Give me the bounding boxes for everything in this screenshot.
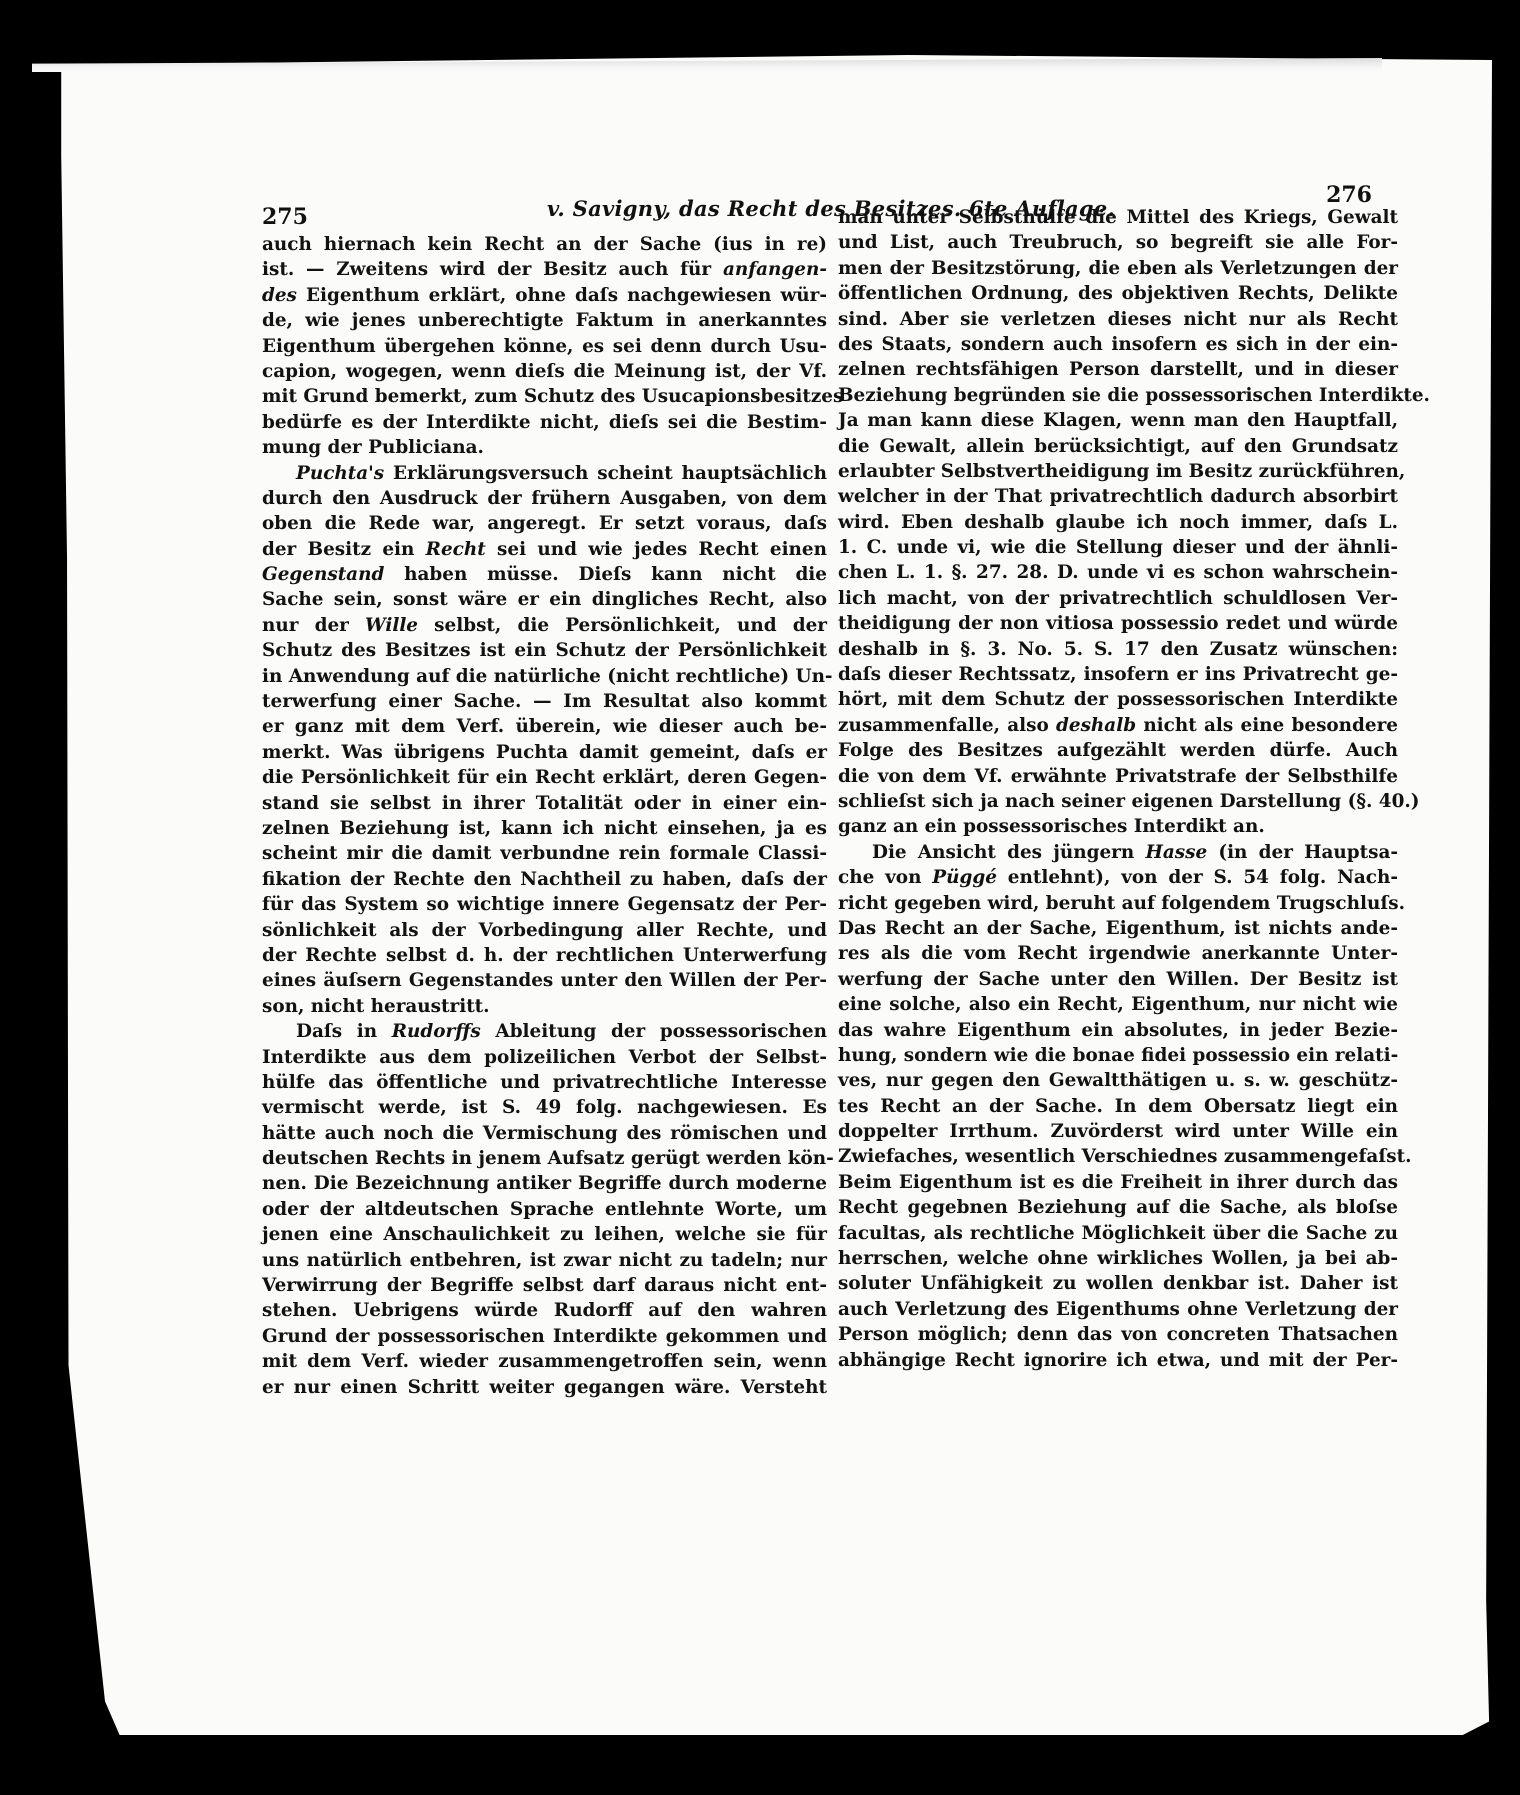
right-column: man unter Selbsthülfe die Mittel des Kri… — [838, 205, 1398, 1373]
text-run: öffentlichen Ordnung, des objektiven Rec… — [838, 283, 1398, 304]
text-run: er nur einen Schritt weiter gegangen wär… — [262, 1377, 827, 1398]
text-run: facultas, als rechtliche Möglichkeit übe… — [838, 1223, 1398, 1244]
text-run: soluter Unfähigkeit zu wollen denkbar is… — [838, 1273, 1398, 1294]
text-run: haben müsse. Dieſs kann nicht die — [384, 564, 827, 585]
text-run: eine solche, also ein Recht, Eigenthum, … — [838, 994, 1398, 1015]
text-line: doppelter Irrthum. Zuvörderst wird unter… — [838, 1119, 1398, 1144]
text-line: Das Recht an der Sache, Eigenthum, ist n… — [838, 916, 1398, 941]
text-run: scheint mir die damit verbundne rein for… — [262, 843, 827, 864]
text-line: 1. C. unde vi, wie die Stellung dieser u… — [838, 535, 1398, 560]
text-run: chen L. 1. §. 27. 28. D. unde vi es scho… — [838, 562, 1398, 583]
text-run: tes Recht an der Sache. In dem Obersatz … — [838, 1096, 1398, 1117]
text-line: stehen. Uebrigens würde Rudorff auf den … — [262, 1298, 827, 1323]
text-run: Eigenthum übergehen könne, es sei denn d… — [262, 336, 827, 357]
text-run: 1. C. unde vi, wie die Stellung dieser u… — [838, 537, 1398, 558]
text-line: vermischt werde, ist S. 49 folg. nachgew… — [262, 1095, 827, 1120]
text-line: zusammenfalle, also deshalb nicht als ei… — [838, 713, 1398, 738]
text-run: Daſs in — [296, 1021, 392, 1042]
text-line: Eigenthum übergehen könne, es sei denn d… — [262, 334, 827, 359]
text-run: de, wie jenes unberechtigte Faktum in an… — [262, 310, 827, 331]
text-line: herrschen, welche ohne wirkliches Wollen… — [838, 1246, 1398, 1271]
page-number-left: 275 — [262, 204, 308, 230]
text-line: des Staats, sondern auch insofern es sic… — [838, 332, 1398, 357]
text-line: in Anwendung auf die natürliche (nicht r… — [262, 664, 827, 689]
text-line: sind. Aber sie verletzen dieses nicht nu… — [838, 307, 1398, 332]
text-line: tes Recht an der Sache. In dem Obersatz … — [838, 1094, 1398, 1119]
text-run: sei und wie jedes Recht einen — [486, 539, 827, 560]
text-line: Ja man kann diese Klagen, wenn man den H… — [838, 408, 1398, 433]
text-run: für das System so wichtige innere Gegens… — [262, 894, 827, 915]
text-run: und List, auch Treubruch, so begreift si… — [838, 232, 1398, 253]
text-line: durch den Ausdruck der frühern Ausgaben,… — [262, 486, 827, 511]
text-run: bedürfe es der Interdikte nicht, dieſs s… — [262, 412, 827, 433]
text-line: Recht gegebnen Beziehung auf die Sache, … — [838, 1195, 1398, 1220]
text-run: die Persönlichkeit für ein Recht erklärt… — [262, 767, 827, 788]
text-run: Beim Eigenthum ist es die Freiheit in ih… — [838, 1172, 1398, 1193]
text-line: eines äuſsern Gegenstandes unter den Wil… — [262, 968, 827, 993]
text-line: capion, wogegen, wenn dieſs die Meinung … — [262, 359, 827, 384]
text-line: die Gewalt, allein berücksichtigt, auf d… — [838, 434, 1398, 459]
emphasis-text: Wille — [365, 615, 418, 636]
text-line: auch Verletzung des Eigenthums ohne Verl… — [838, 1297, 1398, 1322]
text-run: entlehnt), von der S. 54 folg. Nach- — [997, 867, 1398, 888]
text-run: deutschen Rechts in jenem Aufsatz gerügt… — [262, 1148, 834, 1169]
text-line: und List, auch Treubruch, so begreift si… — [838, 230, 1398, 255]
text-line: merkt. Was übrigens Puchta damit gemeint… — [262, 740, 827, 765]
text-run: hülfe das öffentliche und privatrechtlic… — [262, 1072, 827, 1093]
emphasis-text: Recht — [426, 539, 486, 560]
text-run: doppelter Irrthum. Zuvörderst wird unter… — [838, 1121, 1398, 1142]
text-run: ist. — Zweitens wird der Besitz auch für — [262, 259, 723, 280]
text-run: men der Besitzstörung, die eben als Verl… — [838, 258, 1398, 279]
text-line: Person möglich; denn das von concreten T… — [838, 1322, 1398, 1347]
text-line: oder der altdeutschen Sprache entlehnte … — [262, 1197, 827, 1222]
text-line: facultas, als rechtliche Möglichkeit übe… — [838, 1221, 1398, 1246]
text-line: er ganz mit dem Verf. überein, wie diese… — [262, 714, 827, 739]
text-line: das wahre Eigenthum ein absolutes, in je… — [838, 1018, 1398, 1043]
text-line: Grund der possessorischen Interdikte gek… — [262, 1324, 827, 1349]
text-line: Gegenstand haben müsse. Dieſs kann nicht… — [262, 562, 827, 587]
emphasis-text: des — [262, 285, 297, 306]
text-line: che von Püggé entlehnt), von der S. 54 f… — [838, 865, 1398, 890]
text-line: nen. Die Bezeichnung antiker Begriffe du… — [262, 1171, 827, 1196]
text-run: che von — [838, 867, 932, 888]
text-line: ves, nur gegen den Gewaltthätigen u. s. … — [838, 1068, 1398, 1093]
text-run: selbst, die Persönlichkeit, und der — [418, 615, 827, 636]
text-line: richt gegeben wird, beruht auf folgendem… — [838, 891, 1398, 916]
text-run: Die Ansicht des jüngern — [872, 842, 1145, 863]
text-line: die Persönlichkeit für ein Recht erklärt… — [262, 765, 827, 790]
text-run: Erklärungsversuch scheint hauptsächlich — [384, 463, 827, 484]
text-line: auch hiernach kein Recht an der Sache (i… — [262, 232, 827, 257]
text-run: Ja man kann diese Klagen, wenn man den H… — [838, 410, 1398, 431]
text-run: (in der Hauptsa- — [1207, 842, 1398, 863]
text-line: Beziehung begründen sie die possessorisc… — [838, 383, 1398, 408]
text-line: chen L. 1. §. 27. 28. D. unde vi es scho… — [838, 560, 1398, 585]
text-line: die von dem Vf. erwähnte Privatstrafe de… — [838, 764, 1398, 789]
text-run: werfung der Sache unter den Willen. Der … — [838, 969, 1398, 990]
text-line: nur der Wille selbst, die Persönlichkeit… — [262, 613, 827, 638]
text-line: uns natürlich entbehren, ist zwar nicht … — [262, 1248, 827, 1273]
text-line: Zwiefaches, wesentlich Verschiednes zusa… — [838, 1144, 1398, 1169]
text-line: der Rechte selbst d. h. der rechtlichen … — [262, 943, 827, 968]
text-run: das wahre Eigenthum ein absolutes, in je… — [838, 1020, 1398, 1041]
text-run: Grund der possessorischen Interdikte gek… — [262, 1326, 827, 1347]
text-run: terwerfung einer Sache. — Im Resultat al… — [262, 691, 827, 712]
text-line: de, wie jenes unberechtigte Faktum in an… — [262, 308, 827, 333]
text-run: daſs dieser Rechtssatz, insofern er ins … — [838, 664, 1398, 685]
text-run: man unter Selbsthülfe die Mittel des Kri… — [838, 207, 1398, 228]
emphasis-text: Rudorffs — [392, 1021, 481, 1042]
text-line: Die Ansicht des jüngern Hasse (in der Ha… — [838, 840, 1398, 865]
text-run: hört, mit dem Schutz der possessorischen… — [838, 689, 1398, 710]
text-line: man unter Selbsthülfe die Mittel des Kri… — [838, 205, 1398, 230]
text-line: soluter Unfähigkeit zu wollen denkbar is… — [838, 1271, 1398, 1296]
text-line: eine solche, also ein Recht, Eigenthum, … — [838, 992, 1398, 1017]
text-run: jenen eine Anschaulichkeit zu leihen, we… — [262, 1224, 827, 1245]
text-line: deutschen Rechts in jenem Aufsatz gerügt… — [262, 1146, 827, 1171]
text-line: er nur einen Schritt weiter gegangen wär… — [262, 1375, 827, 1400]
text-run: oben die Rede war, angeregt. Er setzt vo… — [262, 513, 827, 534]
text-line: Sache sein, sonst wäre er ein dingliches… — [262, 587, 827, 612]
text-run: die von dem Vf. erwähnte Privatstrafe de… — [838, 766, 1398, 787]
text-run: nur der — [262, 615, 365, 636]
text-run: zelnen Beziehung ist, kann ich nicht ein… — [262, 818, 827, 839]
text-run: eines äuſsern Gegenstandes unter den Wil… — [262, 970, 827, 991]
text-run: ganz an ein possessorisches Interdikt an… — [838, 816, 1265, 837]
text-line: bedürfe es der Interdikte nicht, dieſs s… — [262, 410, 827, 435]
text-line: zelnen rechtsfähigen Person darstellt, u… — [838, 357, 1398, 382]
text-line: Folge des Besitzes aufgezählt werden dür… — [838, 738, 1398, 763]
emphasis-text: Gegenstand — [262, 564, 384, 585]
text-line: abhängige Recht ignorire ich etwa, und m… — [838, 1348, 1398, 1373]
text-run: oder der altdeutschen Sprache entlehnte … — [262, 1199, 827, 1220]
text-run: herrschen, welche ohne wirkliches Wollen… — [838, 1248, 1398, 1269]
text-run: fikation der Rechte den Nachtheil zu hab… — [262, 869, 827, 890]
text-run: Ableitung der possessorischen — [481, 1021, 827, 1042]
text-run: schlieſst sich ja nach seiner eigenen Da… — [838, 791, 1420, 812]
text-line: Daſs in Rudorffs Ableitung der possessor… — [262, 1019, 827, 1044]
text-line: schlieſst sich ja nach seiner eigenen Da… — [838, 789, 1398, 814]
text-run: uns natürlich entbehren, ist zwar nicht … — [262, 1250, 827, 1271]
text-line: welcher in der That privatrechtlich dadu… — [838, 484, 1398, 509]
text-run: nicht als eine besondere — [1136, 715, 1398, 736]
text-run: der Rechte selbst d. h. der rechtlichen … — [262, 945, 827, 966]
text-run: nen. Die Bezeichnung antiker Begriffe du… — [262, 1173, 827, 1194]
text-run: zusammenfalle, also — [838, 715, 1056, 736]
text-run: Beziehung begründen sie die possessorisc… — [838, 385, 1430, 406]
text-run: Schutz des Besitzes ist ein Schutz der P… — [262, 640, 827, 661]
text-line: deshalb in §. 3. No. 5. S. 17 den Zusatz… — [838, 637, 1398, 662]
text-run: auch Verletzung des Eigenthums ohne Verl… — [838, 1299, 1398, 1320]
text-run: Folge des Besitzes aufgezählt werden dür… — [838, 740, 1398, 761]
text-run: Person möglich; denn das von concreten T… — [838, 1324, 1398, 1345]
text-run: mit Grund bemerkt, zum Schutz des Usucap… — [262, 386, 843, 407]
text-line: sönlichkeit als der Vorbedingung aller R… — [262, 918, 827, 943]
text-run: des Staats, sondern auch insofern es sic… — [838, 334, 1398, 355]
text-line: daſs dieser Rechtssatz, insofern er ins … — [838, 662, 1398, 687]
text-run: Recht gegebnen Beziehung auf die Sache, … — [838, 1197, 1398, 1218]
text-line: öffentlichen Ordnung, des objektiven Rec… — [838, 281, 1398, 306]
emphasis-text: Puchta's — [296, 463, 384, 484]
text-line: oben die Rede war, angeregt. Er setzt vo… — [262, 511, 827, 536]
text-run: mung der Publiciana. — [262, 437, 484, 458]
text-line: mung der Publiciana. — [262, 435, 827, 460]
text-line: mit Grund bemerkt, zum Schutz des Usucap… — [262, 384, 827, 409]
text-line: son, nicht heraustritt. — [262, 994, 827, 1019]
text-run: Eigenthum erklärt, ohne daſs nachgewiese… — [297, 285, 827, 306]
text-run: Zwiefaches, wesentlich Verschiednes zusa… — [838, 1146, 1412, 1167]
text-run: die Gewalt, allein berücksichtigt, auf d… — [838, 436, 1398, 457]
text-run: stand sie selbst in ihrer Totalität oder… — [262, 793, 827, 814]
text-line: erlaubter Selbstvertheidigung im Besitz … — [838, 459, 1398, 484]
text-run: res als die vom Recht irgendwie anerkann… — [838, 943, 1398, 964]
text-run: Interdikte aus dem polizeilichen Verbot … — [262, 1047, 827, 1068]
emphasis-text: anfangen- — [723, 259, 827, 280]
text-run: son, nicht heraustritt. — [262, 996, 490, 1017]
text-run: theidigung der non vitiosa possessio red… — [838, 613, 1398, 634]
text-run: welcher in der That privatrechtlich dadu… — [838, 486, 1398, 507]
text-run: auch hiernach kein Recht an der Sache (i… — [262, 234, 827, 255]
text-line: hung, sondern wie die bonae fidei posses… — [838, 1043, 1398, 1068]
text-line: hülfe das öffentliche und privatrechtlic… — [262, 1070, 827, 1095]
left-column: auch hiernach kein Recht an der Sache (i… — [262, 232, 827, 1400]
text-run: abhängige Recht ignorire ich etwa, und m… — [838, 1350, 1398, 1371]
text-run: hung, sondern wie die bonae fidei posses… — [838, 1045, 1398, 1066]
text-run: merkt. Was übrigens Puchta damit gemeint… — [262, 742, 827, 763]
emphasis-text: Püggé — [932, 867, 997, 888]
text-run: der Besitz ein — [262, 539, 426, 560]
text-line: Puchta's Erklärungsversuch scheint haupt… — [262, 461, 827, 486]
emphasis-text: deshalb — [1056, 715, 1136, 736]
text-run: Das Recht an der Sache, Eigenthum, ist n… — [838, 918, 1398, 939]
text-run: Sache sein, sonst wäre er ein dingliches… — [262, 589, 827, 610]
text-line: Schutz des Besitzes ist ein Schutz der P… — [262, 638, 827, 663]
text-line: scheint mir die damit verbundne rein for… — [262, 841, 827, 866]
text-line: Interdikte aus dem polizeilichen Verbot … — [262, 1045, 827, 1070]
text-line: für das System so wichtige innere Gegens… — [262, 892, 827, 917]
text-run: richt gegeben wird, beruht auf folgendem… — [838, 893, 1405, 914]
text-run: in Anwendung auf die natürliche (nicht r… — [262, 666, 833, 687]
text-run: deshalb in §. 3. No. 5. S. 17 den Zusatz… — [838, 639, 1398, 660]
text-run: erlaubter Selbstvertheidigung im Besitz … — [838, 461, 1405, 482]
text-line: der Besitz ein Recht sei und wie jedes R… — [262, 537, 827, 562]
text-line: hört, mit dem Schutz der possessorischen… — [838, 687, 1398, 712]
text-run: sönlichkeit als der Vorbedingung aller R… — [262, 920, 827, 941]
text-line: theidigung der non vitiosa possessio red… — [838, 611, 1398, 636]
text-line: men der Besitzstörung, die eben als Verl… — [838, 256, 1398, 281]
text-run: sind. Aber sie verletzen dieses nicht nu… — [838, 309, 1398, 330]
text-run: durch den Ausdruck der frühern Ausgaben,… — [262, 488, 827, 509]
text-line: werfung der Sache unter den Willen. Der … — [838, 967, 1398, 992]
text-line: jenen eine Anschaulichkeit zu leihen, we… — [262, 1222, 827, 1247]
text-run: lich macht, von der privatrechtlich schu… — [838, 588, 1398, 609]
text-run: ves, nur gegen den Gewaltthätigen u. s. … — [838, 1070, 1398, 1091]
text-run: Verwirrung der Begriffe selbst darf dara… — [262, 1275, 827, 1296]
text-line: fikation der Rechte den Nachtheil zu hab… — [262, 867, 827, 892]
text-line: ist. — Zweitens wird der Besitz auch für… — [262, 257, 827, 282]
text-line: des Eigenthum erklärt, ohne daſs nachgew… — [262, 283, 827, 308]
text-line: zelnen Beziehung ist, kann ich nicht ein… — [262, 816, 827, 841]
text-line: Verwirrung der Begriffe selbst darf dara… — [262, 1273, 827, 1298]
text-line: wird. Eben deshalb glaube ich noch immer… — [838, 510, 1398, 535]
text-run: wird. Eben deshalb glaube ich noch immer… — [838, 512, 1398, 533]
text-line: terwerfung einer Sache. — Im Resultat al… — [262, 689, 827, 714]
text-run: mit dem Verf. wieder zusammengetroffen s… — [262, 1351, 827, 1372]
text-run: er ganz mit dem Verf. überein, wie diese… — [262, 716, 827, 737]
emphasis-text: Hasse — [1145, 842, 1207, 863]
text-line: hätte auch noch die Vermischung des römi… — [262, 1121, 827, 1146]
text-run: vermischt werde, ist S. 49 folg. nachgew… — [262, 1097, 827, 1118]
text-run: hätte auch noch die Vermischung des römi… — [262, 1123, 827, 1144]
text-line: mit dem Verf. wieder zusammengetroffen s… — [262, 1349, 827, 1374]
text-line: lich macht, von der privatrechtlich schu… — [838, 586, 1398, 611]
text-line: Beim Eigenthum ist es die Freiheit in ih… — [838, 1170, 1398, 1195]
text-line: ganz an ein possessorisches Interdikt an… — [838, 814, 1398, 839]
text-line: res als die vom Recht irgendwie anerkann… — [838, 941, 1398, 966]
text-run: zelnen rechtsfähigen Person darstellt, u… — [838, 359, 1398, 380]
text-run: stehen. Uebrigens würde Rudorff auf den … — [262, 1300, 827, 1321]
text-line: stand sie selbst in ihrer Totalität oder… — [262, 791, 827, 816]
text-run: capion, wogegen, wenn dieſs die Meinung … — [262, 361, 827, 382]
